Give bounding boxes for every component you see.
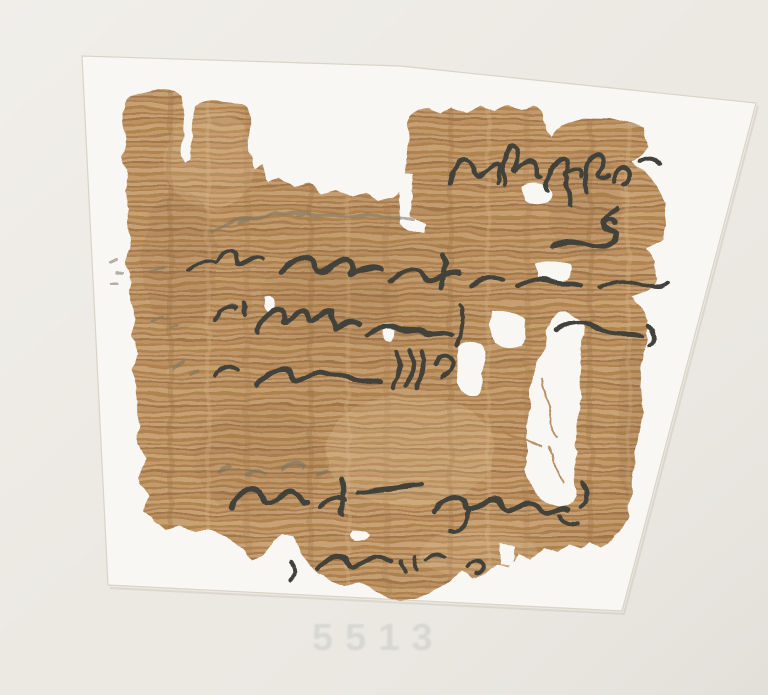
papyrus-hole [490,311,525,349]
papyrus-hole [500,545,516,566]
papyrus-photo-canvas: 5513 [0,0,768,695]
papyrus-photograph: 5513 [0,0,768,695]
papyrus-hole [456,341,485,395]
inventory-stamp: 5513 [312,617,445,659]
